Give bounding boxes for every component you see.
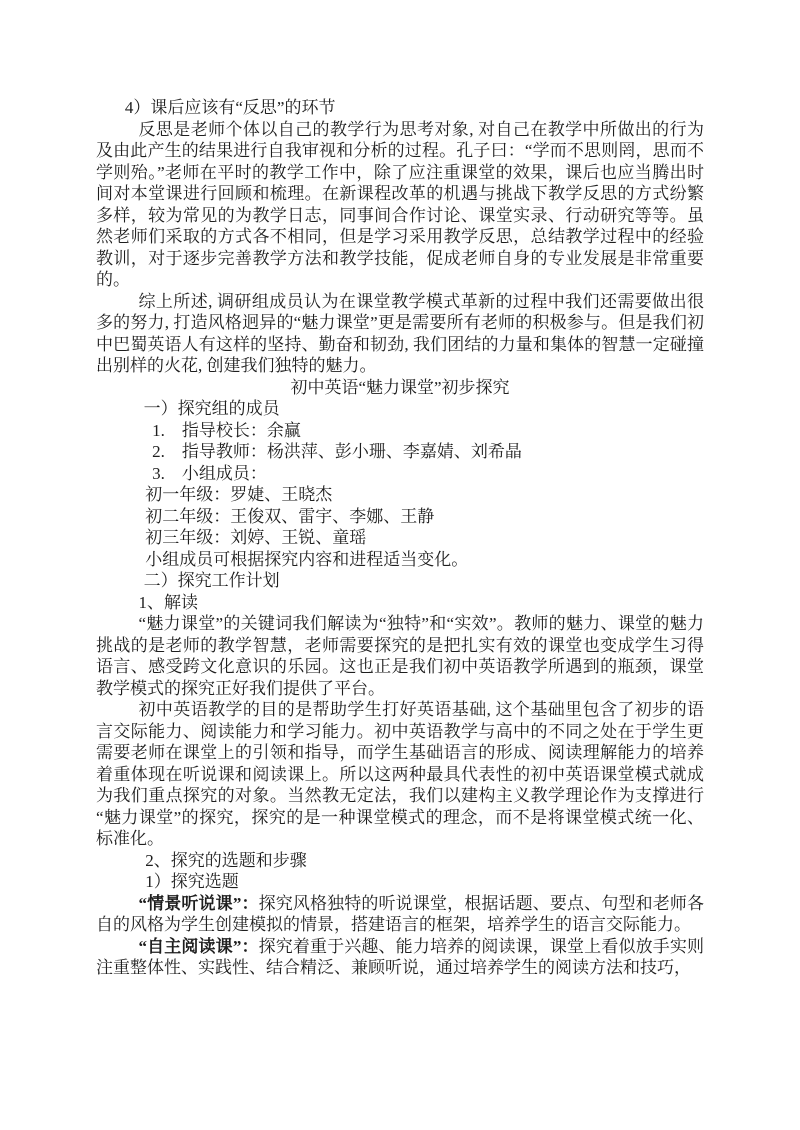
interpretation-paragraph-2: 初中英语教学的目的是帮助学生打好英语基础, 这个基础里包含了初步的语言交际能力、…	[96, 699, 704, 850]
summary-paragraph: 综上所述, 调研组成员认为在课堂教学模式革新的过程中我们还需要做出很多的努力, …	[96, 291, 704, 377]
grade-line-junior1: 初一年级：罗婕、王晓杰	[96, 484, 704, 506]
member-item-group: 3. 小组成员：	[96, 463, 704, 485]
interpretation-heading: 1、解读	[96, 592, 704, 614]
topic-selection-heading: 1）探究选题	[96, 871, 704, 893]
members-heading: 一）探究组的成员	[96, 398, 704, 420]
topic-listening-lead: “情景听说课”：	[139, 894, 259, 913]
member-item-principal: 1. 指导校长：余赢	[96, 420, 704, 442]
grade-line-junior3: 初三年级：刘婷、王锐、童瑶	[96, 527, 704, 549]
topic-reading-paragraph: “自主阅读课”：探究着重于兴趣、能力培养的阅读课，课堂上看似放手实则注重整体性、…	[96, 936, 704, 979]
topic-reading-lead: “自主阅读课”：	[139, 937, 259, 956]
reflection-heading: 4）课后应该有“反思”的环节	[96, 97, 704, 119]
grade-line-junior2: 初二年级：王俊双、雷宇、李娜、王静	[96, 506, 704, 528]
topics-heading: 2、探究的选题和步骤	[96, 850, 704, 872]
document-page: 4）课后应该有“反思”的环节 反思是老师个体以自己的教学行为思考对象, 对自己在…	[0, 0, 800, 1130]
document-title: 初中英语“魅力课堂”初步探究	[96, 377, 704, 399]
topic-listening-paragraph: “情景听说课”：探究风格独特的听说课堂，根据话题、要点、句型和老师各自的风格为学…	[96, 893, 704, 936]
plan-heading: 二）探究工作计划	[96, 570, 704, 592]
members-note: 小组成员可根据探究内容和进程适当变化。	[96, 549, 704, 571]
interpretation-paragraph-1: “魅力课堂”的关键词我们解读为“独特”和“实效”。教师的魅力、课堂的魅力挑战的是…	[96, 613, 704, 699]
reflection-paragraph: 反思是老师个体以自己的教学行为思考对象, 对自己在教学中所做出的行为及由此产生的…	[96, 119, 704, 291]
member-item-teachers: 2. 指导教师：杨洪萍、彭小珊、李嘉婧、刘希晶	[96, 441, 704, 463]
